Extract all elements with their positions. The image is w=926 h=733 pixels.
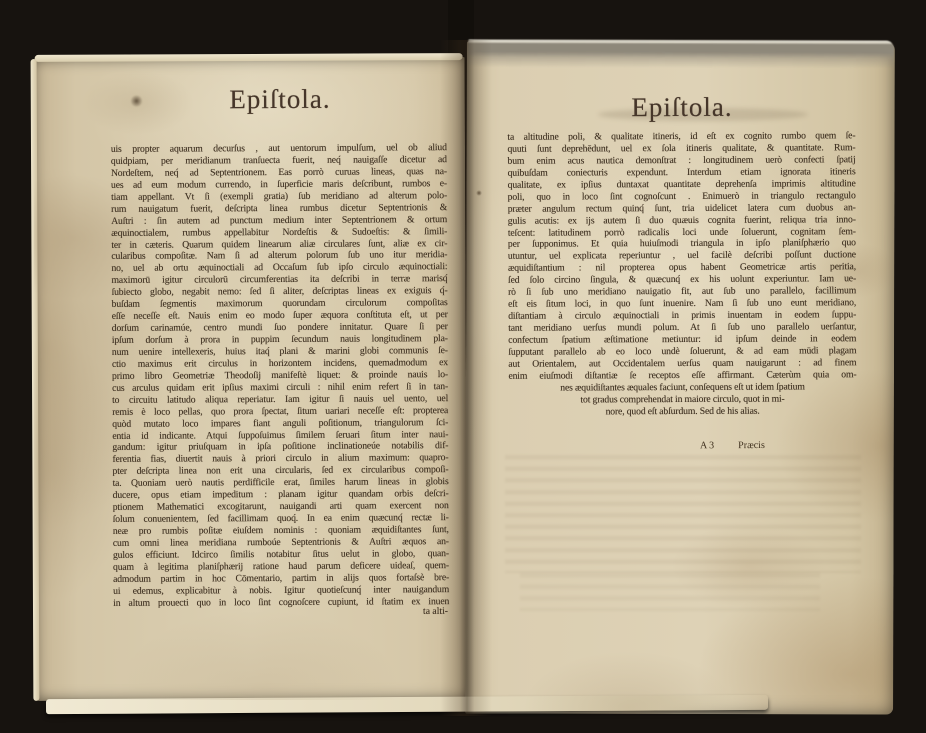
book-photograph: Epiſtola. uis propter aquarum decurſus ,… [0, 0, 926, 733]
right-page-top-edge [468, 39, 894, 68]
right-closing-lines: nes æquidiſtantes æquales faciunt, conſe… [508, 381, 856, 418]
left-page-catchword: ta alti- [360, 606, 448, 617]
signature-line: A 3 Præcis [700, 440, 840, 451]
text-line: qualitate, ex ipſius duntaxat quantitate… [508, 178, 856, 191]
signature-mark: A 3 [700, 440, 714, 451]
text-line: enim eiuſmodi diſtantiæ ſe receptos eſſe… [508, 369, 856, 382]
text-line: præter angulum rectum quinq́ ſunt, tria … [508, 202, 856, 215]
showthrough-text [505, 455, 861, 573]
showthrough-text [520, 573, 820, 611]
right-page-catchword: Præcis [738, 440, 765, 451]
left-page-body: uis propter aquarum decurſus , aut uento… [111, 142, 449, 609]
ink-blot [476, 190, 482, 196]
text-line: nes æquidiſtantes æquales faciunt, conſe… [508, 381, 856, 394]
text-line: poli, quo in loco ſint cognoſcunt . Enim… [508, 190, 856, 203]
text-line: gulis acutis: ex ijs autem ſi duo quæuis… [508, 214, 856, 227]
right-page-title: Epiſtola. [508, 91, 856, 123]
right-body-lines: ta altitudine poli, & qualitate itineris… [507, 130, 856, 382]
text-line: nore, quod eſt abſurdum. Sed de his alia… [509, 405, 857, 418]
right-page-body: ta altitudine poli, & qualitate itineris… [507, 130, 856, 418]
text-line: æquinoctialem, rumbus appellabitur Norde… [111, 226, 447, 240]
text-line: quòd mutato loco impares fiant anguli po… [112, 417, 448, 431]
left-page-title: Epiſtola. [112, 83, 448, 116]
